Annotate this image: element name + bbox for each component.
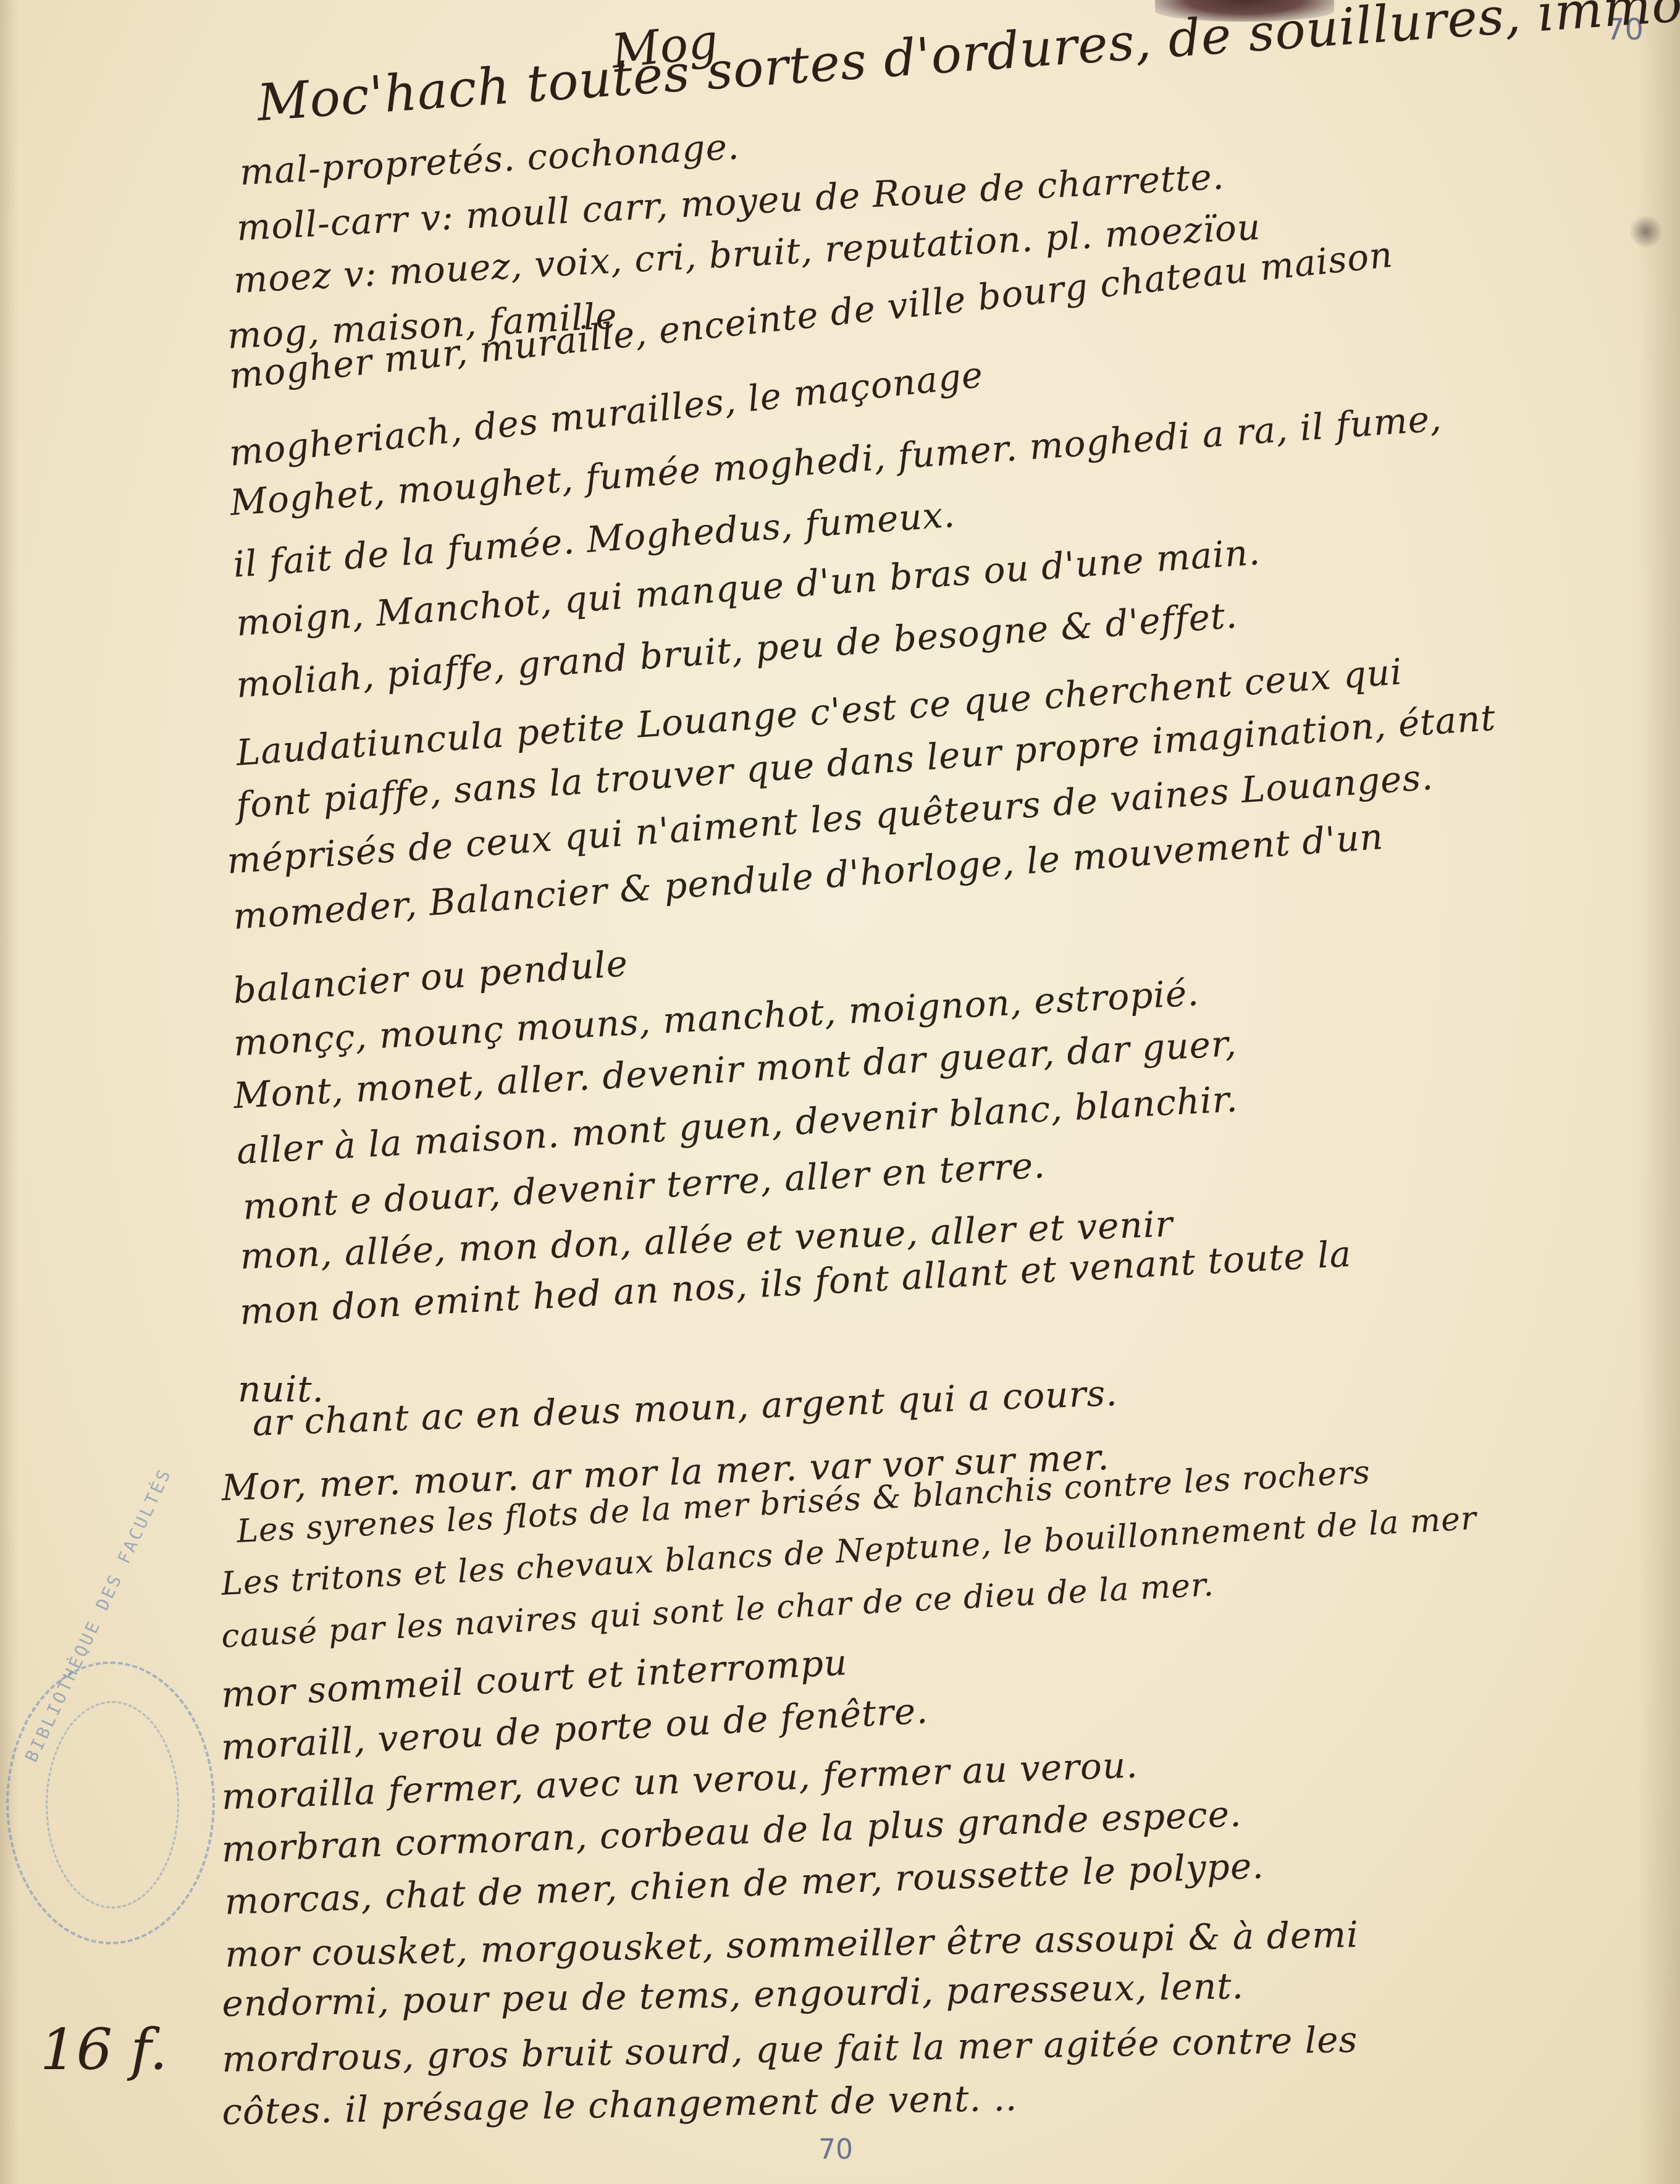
entry-line: Moc'hach toutes sortes d'ordures, de sou…	[255, 0, 1680, 133]
ink-smudge	[1631, 213, 1661, 250]
entry-line: balancier ou pendule	[232, 942, 629, 1012]
page-shadow-right	[1637, 0, 1680, 2184]
entry-line: mordrous, gros bruit sourd, que fait la …	[222, 2018, 1358, 2080]
margin-annotation: 16 f.	[40, 2017, 167, 2083]
folio-number-bottom: 70	[818, 2134, 853, 2165]
library-stamp-inner-ring	[46, 1701, 179, 1909]
manuscript-page: Mog 70 Moc'hach toutes sortes d'ordures,…	[0, 0, 1680, 2184]
entry-line: côtes. il présage le changement de vent.…	[222, 2077, 1018, 2133]
library-stamp: BIBLIOTHÈQUE DES FACULTÉS	[6, 1661, 215, 1944]
entry-line: ar chant ac en deus moun, argent qui a c…	[252, 1372, 1119, 1444]
entry-line: endormi, pour peu de tems, engourdi, par…	[222, 1965, 1245, 2025]
entry-line: mal-propretés. cochonage.	[238, 125, 740, 193]
